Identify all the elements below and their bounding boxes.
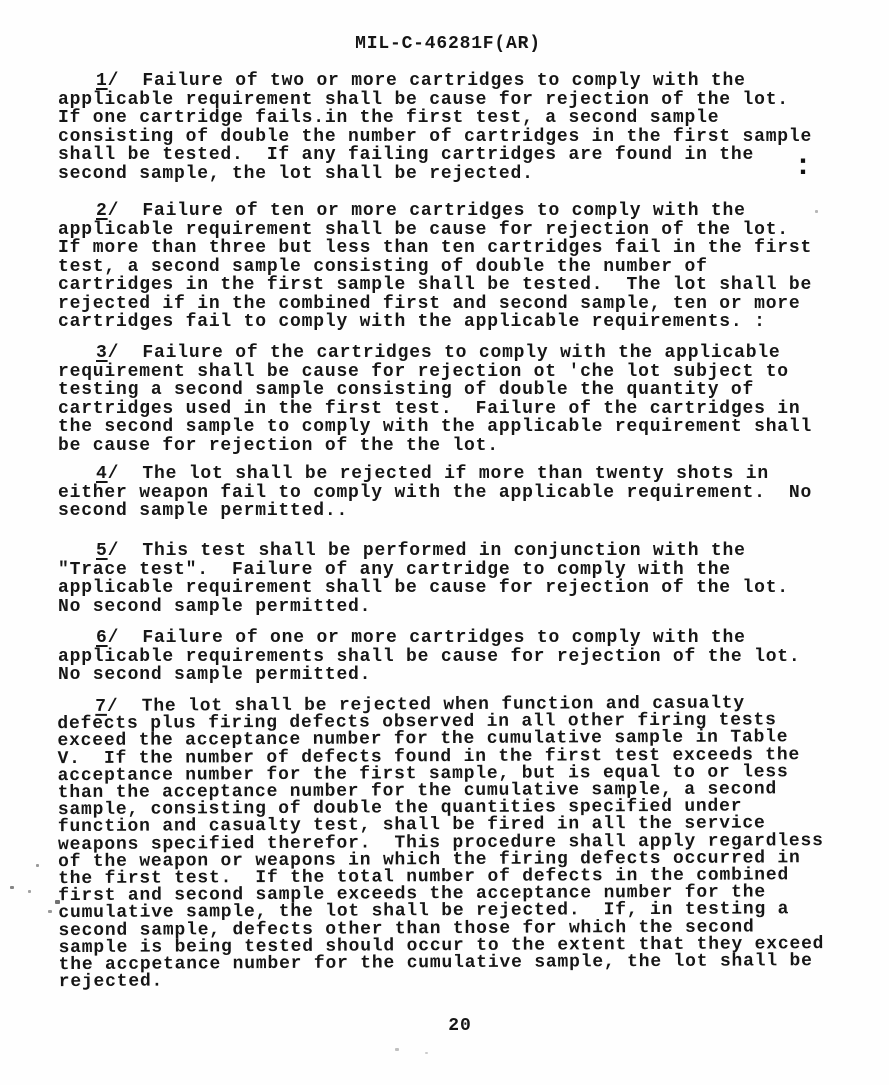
footnote-1-number: 1/ [96,71,119,91]
footnote-2-number: 2/ [96,201,119,221]
footnote-4-number: 4/ [96,464,119,484]
scan-speckle [28,890,31,893]
scan-speckle [395,1048,399,1051]
document-id-header: MIL-C-46281F(AR) [58,34,838,54]
footnote-7: 7/ The lot shall be rejected when functi… [57,695,863,992]
footnote-3-text: Failure of the cartridges to comply with… [58,343,812,456]
footnote-6-number: 6/ [96,628,119,648]
footnote-1: 1/ Failure of two or more cartridges to … [58,72,862,183]
scan-speckle [48,910,52,913]
footnote-6: 6/ Failure of one or more cartridges to … [58,629,862,685]
footnote-1-text: Failure of two or more cartridges to com… [58,71,812,184]
footnote-4-text: The lot shall be rejected if more than t… [58,464,812,521]
footnote-5-number: 5/ [96,541,119,561]
footnote-5: 5/ This test shall be performed in conju… [58,542,862,616]
footnote-3-number: 3/ [96,343,119,363]
footnote-2: 2/ Failure of ten or more cartridges to … [58,202,862,332]
footnote-6-text: Failure of one or more cartridges to com… [58,628,801,685]
scan-speckle [70,873,73,875]
footnote-3: 3/ Failure of the cartridges to comply w… [58,344,862,455]
scan-speckle [815,210,818,213]
footnote-4: 4/ The lot shall be rejected if more tha… [58,465,862,521]
footnote-5-text: This test shall be performed in conjunct… [58,541,789,617]
page-number: 20 [80,1016,840,1036]
footnote-7-text: The lot shall be rejected when function … [57,694,824,993]
scan-speckle [55,900,60,904]
footnote-2-text: Failure of ten or more cartridges to com… [58,201,812,332]
scan-speckle [36,864,39,867]
scan-artifact-colon: : [794,152,812,182]
scanned-document-page: MIL-C-46281F(AR) 1/ Failure of two or mo… [0,0,889,1085]
scan-speckle [425,1052,428,1054]
scan-speckle [10,886,14,889]
